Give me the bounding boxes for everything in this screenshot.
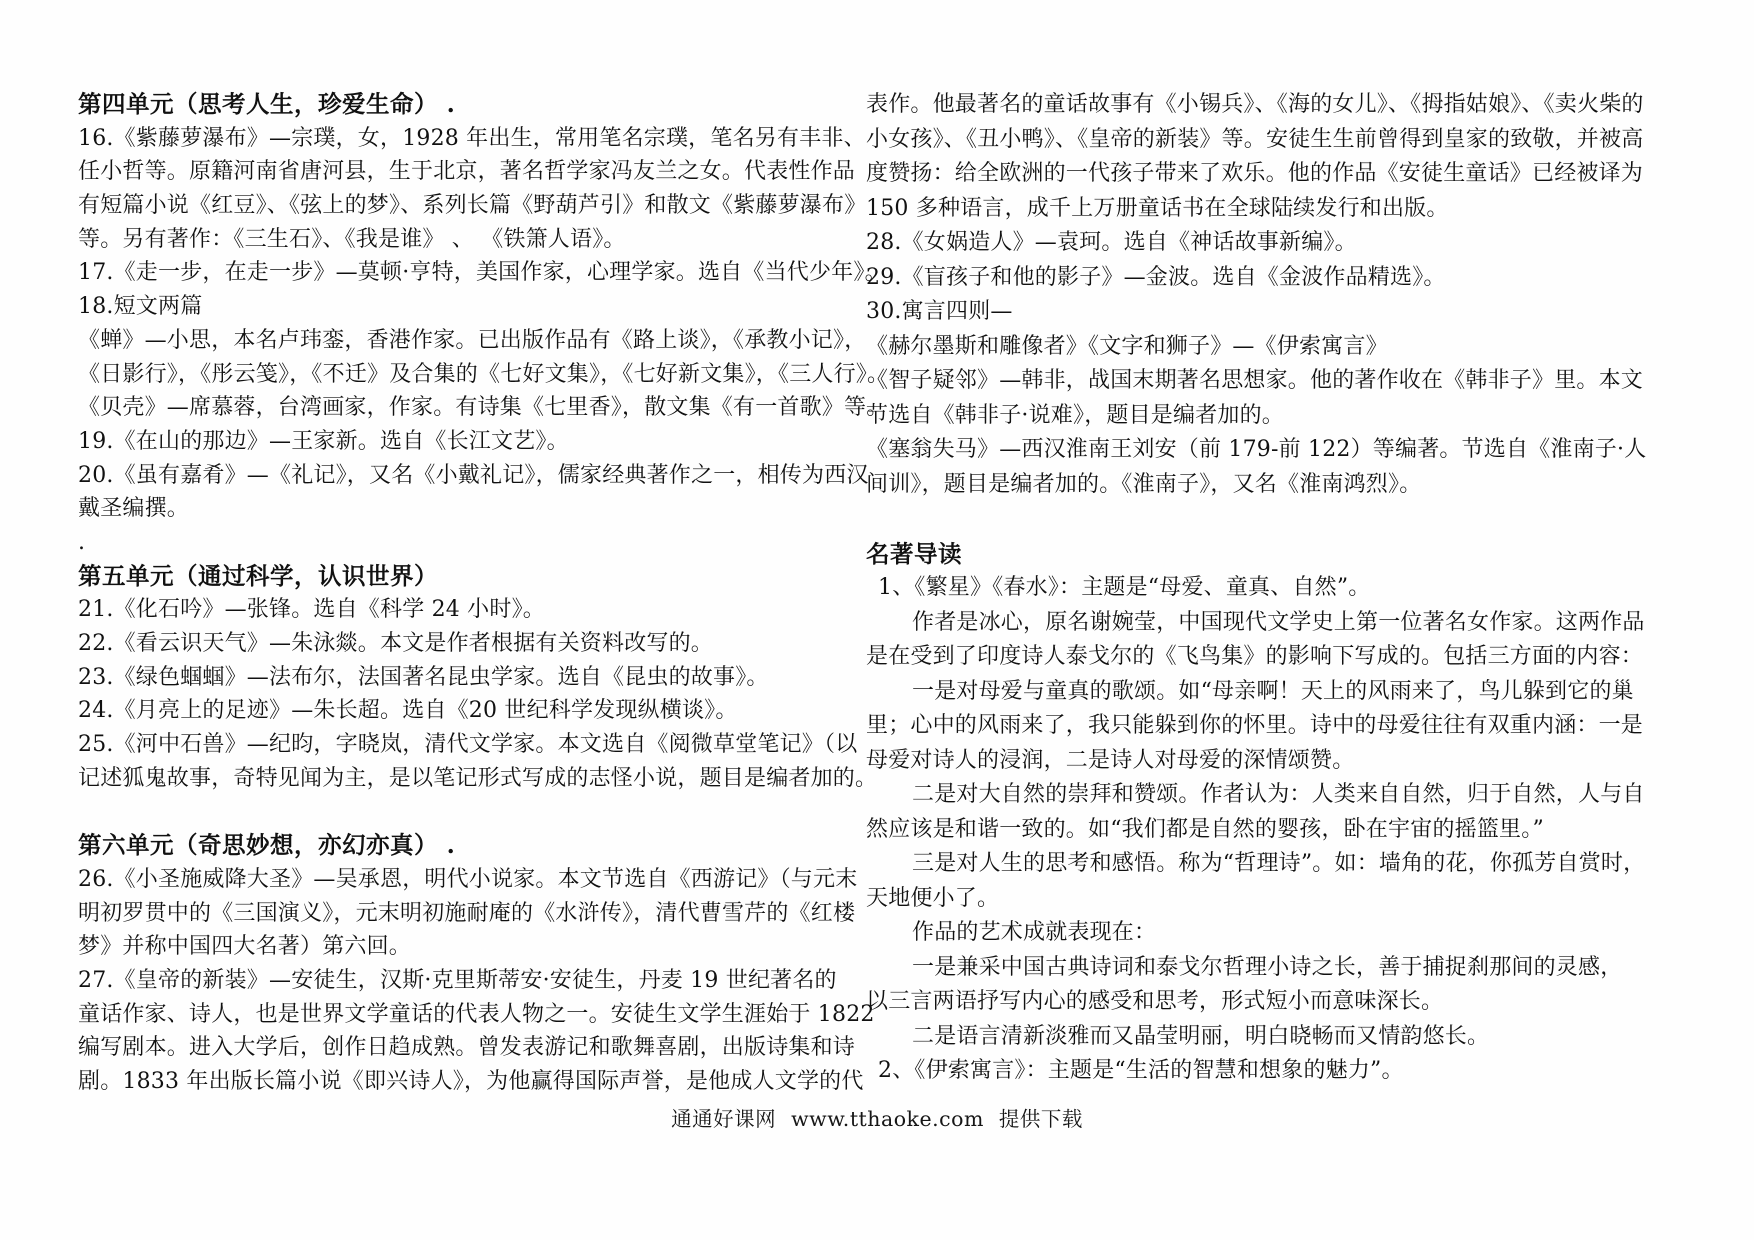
text-line: 作品的艺术成就表现在： (866, 916, 1672, 951)
text-line: 任小哲等。原籍河南省唐河县，生于北京，著名哲学家冯友兰之女。代表性作品 (78, 155, 826, 189)
right-text-column: 表作。他最著名的童话故事有《小锡兵》、《海的女儿》、《拇指姑娘》、《卖火柴的小女… (866, 88, 1672, 1089)
section-heading: 第四单元（思考人生，珍爱生命） . (78, 88, 826, 122)
text-line: 28.《女娲造人》—袁珂。选自《神话故事新编》。 (866, 226, 1672, 261)
text-line: 20.《虽有嘉肴》—《礼记》，又名《小戴礼记》，儒家经典著作之一，相传为西汉 (78, 459, 826, 493)
text-line: 二是语言清新淡雅而又晶莹明丽，明白晓畅而又情韵悠长。 (866, 1020, 1672, 1055)
text-line: 小女孩》、《丑小鸭》、《皇帝的新装》等。安徒生生前曾得到皇家的致敬，并被高 (866, 123, 1672, 158)
text-line: 2、《伊索寓言》：主题是“生活的智慧和想象的魅力”。 (866, 1054, 1672, 1089)
section-heading: 名著导读 (866, 537, 1672, 572)
text-line: 22.《看云识天气》—朱泳燚。本文是作者根据有关资料改写的。 (78, 627, 826, 661)
text-line: 26.《小圣施威降大圣》—吴承恩，明代小说家。本文节选自《西游记》（与元末 (78, 863, 826, 897)
text-line: 三是对人生的思考和感悟。称为“哲理诗”。如：墙角的花，你孤芳自赏时， (866, 847, 1672, 882)
text-line: 150 多种语言，成千上万册童话书在全球陆续发行和出版。 (866, 192, 1672, 227)
text-line: . (78, 526, 826, 560)
text-line: 《日影行》，《彤云笺》，《不迁》及合集的《七好文集》，《七好新文集》，《三人行》… (78, 358, 826, 392)
text-line: 明初罗贯中的《三国演义》，元末明初施耐庵的《水浒传》，清代曹雪芹的《红楼 (78, 897, 826, 931)
text-line: 里；心中的风雨来了，我只能躲到你的怀里。诗中的母爱往往有双重内涵：一是 (866, 709, 1672, 744)
section-heading: 第六单元（奇思妙想，亦幻亦真） . (78, 829, 826, 863)
text-line (78, 795, 826, 829)
text-line: 母爱对诗人的浸润，二是诗人对母爱的深情颂赞。 (866, 744, 1672, 779)
text-line: 然应该是和谐一致的。如“我们都是自然的婴孩，卧在宇宙的摇篮里。” (866, 813, 1672, 848)
text-line: 戴圣编撰。 (78, 492, 826, 526)
left-text-column: 第四单元（思考人生，珍爱生命） .16.《紫藤萝瀑布》—宗璞，女，1928 年出… (78, 88, 826, 1099)
document-page: 第四单元（思考人生，珍爱生命） .16.《紫藤萝瀑布》—宗璞，女，1928 年出… (0, 0, 1754, 1240)
text-line: 二是对大自然的崇拜和赞颂。作者认为：人类来自自然，归于自然，人与自 (866, 778, 1672, 813)
text-line: 度赞扬：给全欧洲的一代孩子带来了欢乐。他的作品《安徒生童话》已经被译为 (866, 157, 1672, 192)
text-line: 23.《绿色蝈蝈》—法布尔，法国著名昆虫学家。选自《昆虫的故事》。 (78, 661, 826, 695)
section-heading: 第五单元（通过科学，认识世界） (78, 560, 826, 594)
text-line: 剧。1833 年出版长篇小说《即兴诗人》，为他赢得国际声誉，是他成人文学的代 (78, 1065, 826, 1099)
text-line: 等。另有著作：《三生石》、《我是谁》 、 《铁箫人语》。 (78, 223, 826, 257)
footer-watermark: 通通好课网 www.tthaoke.com 提供下载 (0, 1102, 1754, 1132)
text-line: 一是兼采中国古典诗词和泰戈尔哲理小诗之长，善于捕捉刹那间的灵感， (866, 951, 1672, 986)
text-line: 16.《紫藤萝瀑布》—宗璞，女，1928 年出生，常用笔名宗璞，笔名另有丰非、 (78, 122, 826, 156)
text-line: 有短篇小说《红豆》、《弦上的梦》、系列长篇《野葫芦引》和散文《紫藤萝瀑布》 (78, 189, 826, 223)
text-line: 以三言两语抒写内心的感受和思考，形式短小而意味深长。 (866, 985, 1672, 1020)
text-line: 1、《繁星》《春水》：主题是“母爱、童真、自然”。 (866, 571, 1672, 606)
text-line: 《塞翁失马》—西汉淮南王刘安（前 179-前 122）等编著。节选自《淮南子·人 (866, 433, 1672, 468)
text-line: 天地便小了。 (866, 882, 1672, 917)
text-line: 19.《在山的那边》—王家新。选自《长江文艺》。 (78, 425, 826, 459)
text-line: 梦》并称中国四大名著）第六回。 (78, 930, 826, 964)
text-line: 24.《月亮上的足迹》—朱长超。选自《20 世纪科学发现纵横谈》。 (78, 694, 826, 728)
text-line: 节选自《韩非子·说难》，题目是编者加的。 (866, 399, 1672, 434)
text-line: 25.《河中石兽》—纪昀，字晓岚，清代文学家。本文选自《阅微草堂笔记》（以 (78, 728, 826, 762)
text-line: 《贝壳》—席慕蓉，台湾画家，作家。有诗集《七里香》，散文集《有一首歌》等。 (78, 391, 826, 425)
text-line: 表作。他最著名的童话故事有《小锡兵》、《海的女儿》、《拇指姑娘》、《卖火柴的 (866, 88, 1672, 123)
text-line: 间训》，题目是编者加的。《淮南子》，又名《淮南鸿烈》。 (866, 468, 1672, 503)
text-line: 《智子疑邻》—韩非，战国末期著名思想家。他的著作收在《韩非子》里。本文 (866, 364, 1672, 399)
text-line: 记述狐鬼故事，奇特见闻为主，是以笔记形式写成的志怪小说，题目是编者加的。 (78, 762, 826, 796)
text-line: 童话作家、诗人，也是世界文学童话的代表人物之一。安徒生文学生涯始于 1822 (78, 998, 826, 1032)
text-line: 29.《盲孩子和他的影子》—金波。选自《金波作品精选》。 (866, 261, 1672, 296)
text-line: 作者是冰心，原名谢婉莹，中国现代文学史上第一位著名女作家。这两作品 (866, 606, 1672, 641)
text-line: 21.《化石吟》—张锋。选自《科学 24 小时》。 (78, 593, 826, 627)
text-line: 《蝉》—小思，本名卢玮銮，香港作家。已出版作品有《路上谈》，《承教小记》， (78, 324, 826, 358)
text-line: 18.短文两篇 (78, 290, 826, 324)
text-line: 是在受到了印度诗人泰戈尔的《飞鸟集》的影响下写成的。包括三方面的内容： (866, 640, 1672, 675)
text-line (866, 502, 1672, 537)
text-line: 《赫尔墨斯和雕像者》《文字和狮子》—《伊索寓言》 (866, 330, 1672, 365)
text-line: 27.《皇帝的新装》—安徒生，汉斯·克里斯蒂安·安徒生，丹麦 19 世纪著名的 (78, 964, 826, 998)
text-line: 30.寓言四则— (866, 295, 1672, 330)
text-line: 一是对母爱与童真的歌颂。如“母亲啊！天上的风雨来了，鸟儿躲到它的巢 (866, 675, 1672, 710)
text-line: 17.《走一步，在走一步》—莫顿·亨特，美国作家，心理学家。选自《当代少年》。 (78, 256, 826, 290)
text-line: 编写剧本。进入大学后，创作日趋成熟。曾发表游记和歌舞喜剧，出版诗集和诗 (78, 1031, 826, 1065)
